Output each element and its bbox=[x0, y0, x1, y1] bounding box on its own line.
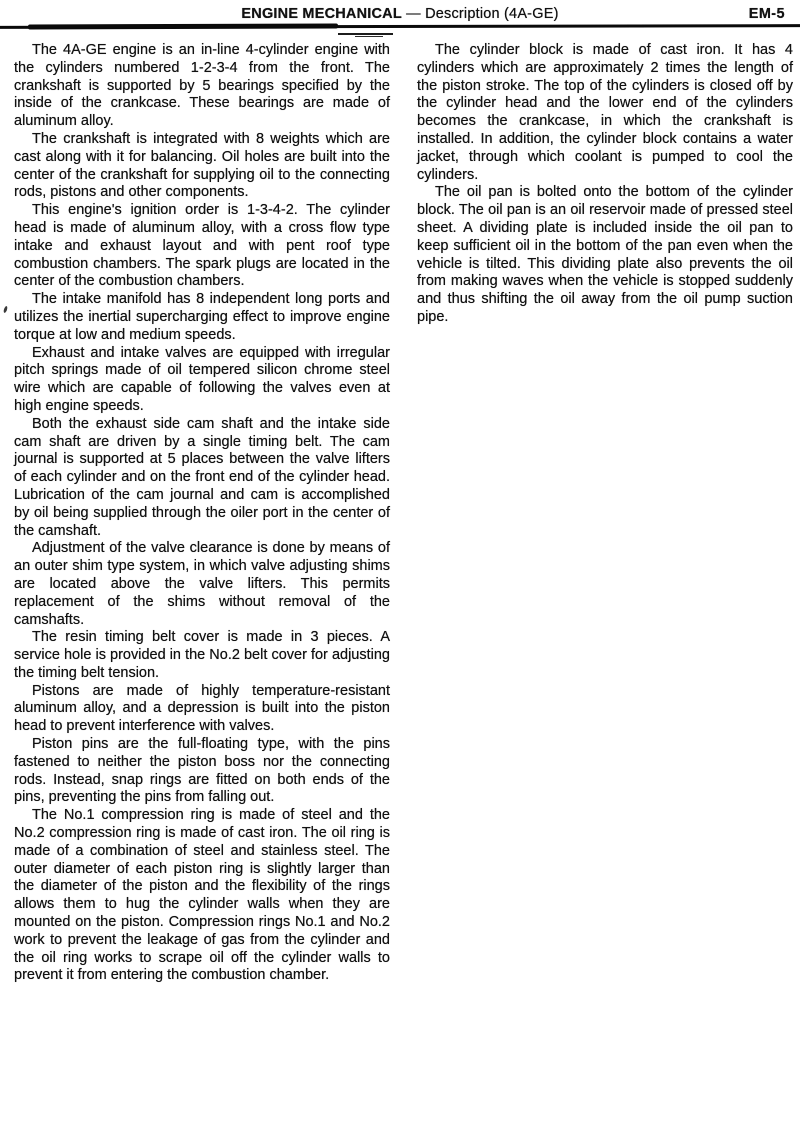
header-title: ENGINE MECHANICAL — Description (4A-GE) bbox=[0, 6, 800, 22]
paragraph: Both the exhaust side cam shaft and the … bbox=[14, 416, 390, 541]
paragraph: The 4A-GE engine is an in-line 4-cylinde… bbox=[14, 42, 390, 131]
body-columns: The 4A-GE engine is an in-line 4-cylinde… bbox=[14, 42, 794, 985]
section-title: ENGINE MECHANICAL bbox=[241, 6, 402, 22]
page-header: ENGINE MECHANICAL — Description (4A-GE) … bbox=[0, 0, 800, 40]
manual-page: ENGINE MECHANICAL — Description (4A-GE) … bbox=[0, 0, 800, 1134]
paragraph: The resin timing belt cover is made in 3… bbox=[14, 629, 390, 682]
paragraph: The No.1 compression ring is made of ste… bbox=[14, 807, 390, 985]
header-rule-heavy-segment bbox=[28, 24, 338, 30]
paragraph: The intake manifold has 8 independent lo… bbox=[14, 291, 390, 344]
paragraph: Piston pins are the full-floating type, … bbox=[14, 736, 390, 807]
paragraph: Pistons are made of highly temperature-r… bbox=[14, 683, 390, 736]
paragraph: The oil pan is bolted onto the bottom of… bbox=[417, 184, 793, 326]
page-number: EM-5 bbox=[749, 6, 785, 22]
section-subtitle: — Description (4A-GE) bbox=[402, 6, 559, 22]
paragraph: Adjustment of the valve clearance is don… bbox=[14, 540, 390, 629]
scan-speck bbox=[3, 306, 8, 314]
left-column: The 4A-GE engine is an in-line 4-cylinde… bbox=[14, 42, 390, 985]
paragraph: This engine's ignition order is 1-3-4-2.… bbox=[14, 202, 390, 291]
paragraph: The crankshaft is integrated with 8 weig… bbox=[14, 131, 390, 202]
paragraph: Exhaust and intake valves are equipped w… bbox=[14, 345, 390, 416]
right-column: The cylinder block is made of cast iron.… bbox=[417, 42, 793, 985]
scan-artifact-dash bbox=[338, 33, 393, 35]
scan-artifact-dash-thin bbox=[355, 36, 383, 37]
paragraph: The cylinder block is made of cast iron.… bbox=[417, 42, 793, 184]
